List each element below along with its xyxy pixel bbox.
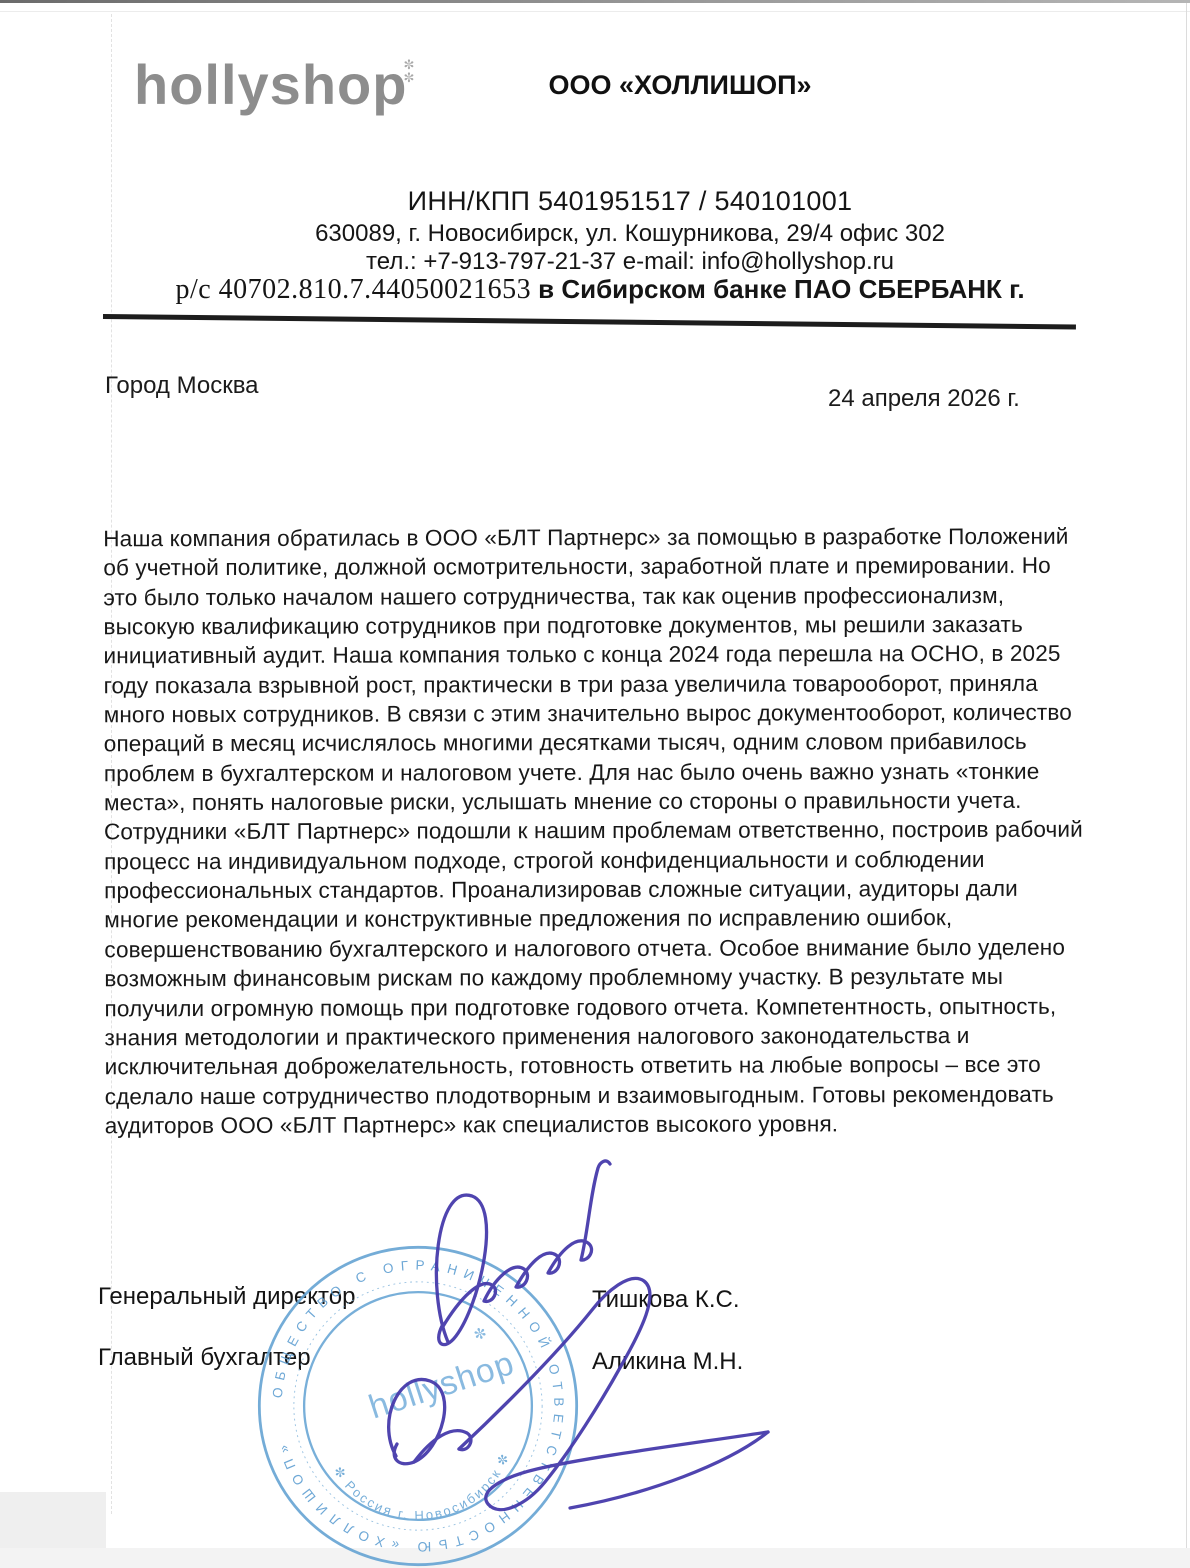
company-logo: hollyshop [134, 52, 407, 117]
logo-sparkle-icon: ✼ ✼ [396, 58, 422, 84]
signature-accountant-ink [389, 1278, 768, 1509]
scan-edge-top [0, 0, 1190, 3]
letterhead-inn-kpp: ИНН/КПП 5401951517 / 540101001 [150, 186, 1110, 217]
scan-hairline-top [0, 11, 1190, 12]
handwritten-signatures [330, 1120, 810, 1568]
company-title: ООО «ХОЛЛИШОП» [470, 70, 890, 101]
signature-director-ink [436, 1161, 610, 1345]
bank-name: в Сибирском банке ПАО СБЕРБАНК г. [538, 274, 1024, 304]
letterhead-contacts: тел.: +7-913-797-21-37 e-mail: info@holl… [150, 248, 1110, 276]
header-divider [103, 314, 1076, 329]
scan-edge-right [1186, 3, 1187, 1563]
bank-account-number: р/с 40702.810.7.44050021653 [175, 274, 531, 305]
letter-body: Наша компания обратилась в ООО «БЛТ Парт… [103, 522, 1089, 1141]
letter-date: 24 апреля 2026 г. [828, 385, 1020, 413]
letter-city: Город Москва [105, 372, 259, 400]
letterhead-bank-account: р/с 40702.810.7.44050021653 в Сибирском … [95, 274, 1105, 306]
letterhead-address: 630089, г. Новосибирск, ул. Кошурникова,… [150, 220, 1110, 248]
scanned-letter-page: hollyshop ✼ ✼ ООО «ХОЛЛИШОП» ИНН/КПП 540… [0, 0, 1190, 1568]
